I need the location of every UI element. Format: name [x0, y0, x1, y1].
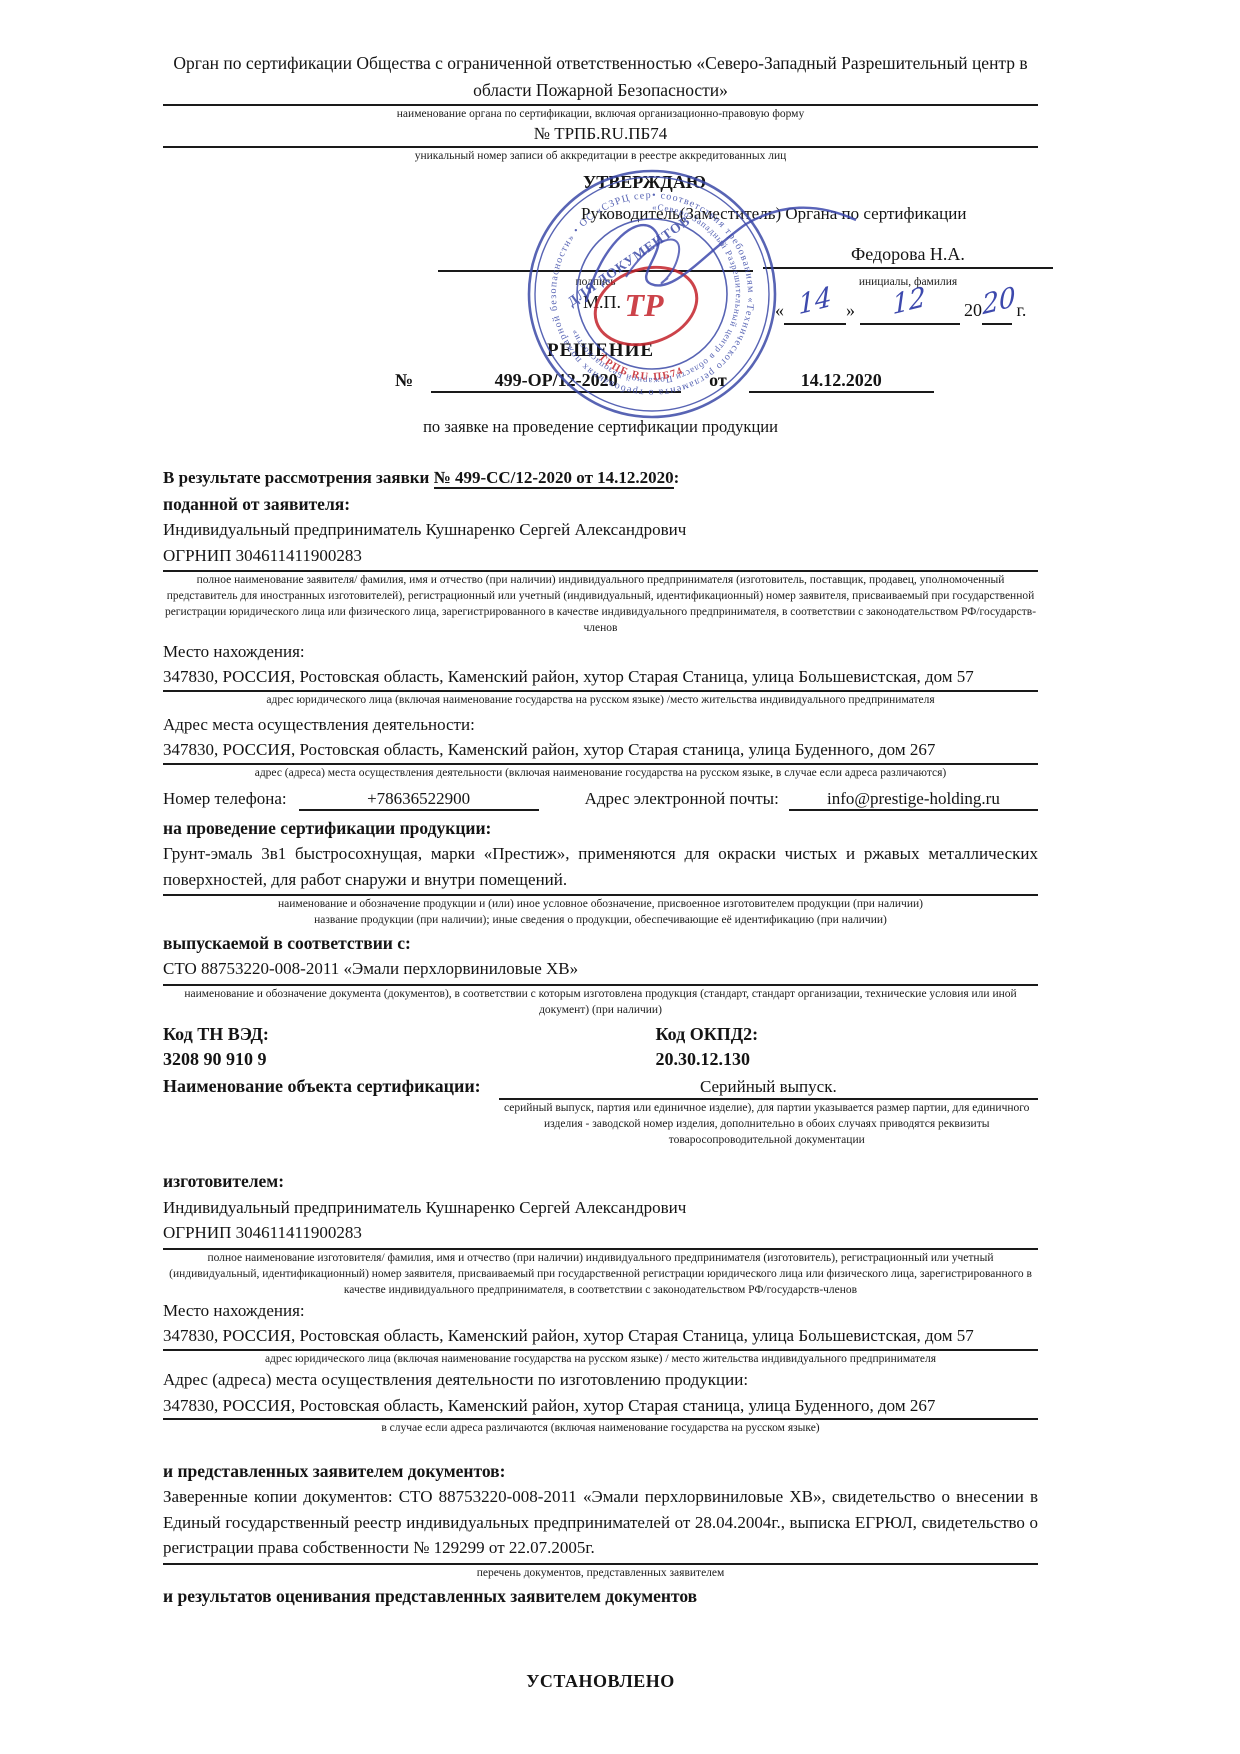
tnved-label: Код ТН ВЭД: — [163, 1024, 601, 1045]
okpd2-column: Код ОКПД2: 20.30.12.130 — [601, 1024, 1039, 1070]
manufacturer-location-value: 347830, РОССИЯ, Ростовская область, Каме… — [163, 1323, 1038, 1351]
email-label: Адрес электронной почты: — [585, 789, 779, 809]
date-year-ink: 20 — [982, 282, 1016, 322]
standard-value: СТО 88753220-008-2011 «Эмали перхлорвини… — [163, 956, 1038, 984]
documents-label: и представленных заявителем документов: — [163, 1458, 1038, 1484]
document-page: • соответствия требованиям «Технического… — [0, 0, 1240, 1754]
product-caption-line1: наименование и обозначение продукции и (… — [163, 896, 1038, 912]
activity-address-caption: адрес (адреса) места осуществления деяте… — [163, 765, 1038, 781]
phone-value: +78636522900 — [299, 789, 539, 811]
applicant-caption: полное наименование заявителя/ фамилия, … — [163, 572, 1038, 636]
applicant-name: Индивидуальный предприниматель Кушнаренк… — [163, 517, 1038, 543]
manufacturer-ogrnip: ОГРНИП 304611411900283 — [163, 1220, 1038, 1248]
object-label: Наименование объекта сертификации: — [163, 1076, 481, 1097]
manufacturing-address-caption: в случае если адреса различаются (включа… — [163, 1420, 1038, 1436]
manufacturer-location-label: Место нахождения: — [163, 1298, 1038, 1324]
issued-according-label: выпускаемой в соответствии с: — [163, 930, 1038, 956]
manufacturer-caption: полное наименование изготовителя/ фамили… — [163, 1250, 1038, 1298]
certification-object-row: Наименование объекта сертификации: Серий… — [163, 1076, 1038, 1100]
results-label: и результатов оценивания представленных … — [163, 1583, 1038, 1609]
manufacturer-location-caption: адрес юридического лица (включая наимено… — [163, 1351, 1038, 1367]
result-intro-text: В результате рассмотрения заявки — [163, 468, 429, 487]
accreditation-caption: уникальный номер записи об аккредитации … — [163, 148, 1038, 164]
object-caption: серийный выпуск, партия или единичное из… — [496, 1100, 1039, 1148]
date-month-ink: 12 — [892, 282, 926, 322]
result-intro-line: В результате рассмотрения заявки № 499-С… — [163, 465, 1038, 491]
manufacturer-label: изготовителем: — [163, 1168, 1038, 1194]
contacts-row: Номер телефона: +78636522900 Адрес элект… — [163, 789, 1038, 811]
object-value: Серийный выпуск. — [499, 1077, 1038, 1100]
tnved-value: 3208 90 910 9 — [163, 1049, 601, 1070]
activity-address-value: 347830, РОССИЯ, Ростовская область, Каме… — [163, 737, 1038, 765]
established-heading: УСТАНОВЛЕНО — [163, 1671, 1038, 1692]
email-value: info@prestige-holding.ru — [789, 789, 1038, 811]
okpd2-label: Код ОКПД2: — [656, 1024, 1039, 1045]
okpd2-value: 20.30.12.130 — [656, 1049, 1039, 1070]
location-label: Место нахождения: — [163, 639, 1038, 665]
manufacturing-address-value: 347830, РОССИЯ, Ростовская область, Каме… — [163, 1393, 1038, 1421]
activity-address-label: Адрес места осуществления деятельности: — [163, 712, 1038, 738]
codes-section: Код ТН ВЭД: 3208 90 910 9 Код ОКПД2: 20.… — [163, 1024, 1038, 1070]
manufacturing-address-label: Адрес (адреса) места осуществления деяте… — [163, 1367, 1038, 1393]
manufacturer-name: Индивидуальный предприниматель Кушнаренк… — [163, 1195, 1038, 1221]
date-year-blank: 20 — [982, 292, 1012, 325]
accreditation-number: № ТРПБ.RU.ПБ74 — [163, 124, 1038, 146]
product-cert-label: на проведение сертификации продукции: — [163, 815, 1038, 841]
applicant-ogrnip: ОГРНИП 304611411900283 — [163, 543, 1038, 571]
location-caption: адрес юридического лица (включая наимено… — [163, 692, 1038, 708]
application-reference: № 499-СС/12-2020 от 14.12.2020 — [434, 468, 674, 489]
documents-caption: перечень документов, представленных заяв… — [163, 1565, 1038, 1581]
phone-label: Номер телефона: — [163, 789, 287, 809]
product-description: Грунт-эмаль 3в1 быстросохнущая, марки «П… — [163, 841, 1038, 894]
colon: : — [674, 468, 680, 487]
certification-body-name: Орган по сертификации Общества с огранич… — [163, 50, 1038, 104]
standard-caption: наименование и обозначение документа (до… — [163, 986, 1038, 1018]
from-applicant-label: поданной от заявителя: — [163, 491, 1038, 517]
signature-stroke — [556, 182, 896, 327]
year-prefix: 20 — [964, 300, 982, 320]
tnved-column: Код ТН ВЭД: 3208 90 910 9 — [163, 1024, 601, 1070]
product-caption-line2: название продукции (при наличии); иные с… — [163, 912, 1038, 928]
org-name-caption: наименование органа по сертификации, вкл… — [163, 106, 1038, 122]
location-value: 347830, РОССИЯ, Ростовская область, Каме… — [163, 664, 1038, 692]
documents-value: Заверенные копии документов: СТО 8875322… — [163, 1484, 1038, 1563]
number-sign: № — [395, 370, 413, 391]
year-label: г. — [1017, 300, 1027, 320]
